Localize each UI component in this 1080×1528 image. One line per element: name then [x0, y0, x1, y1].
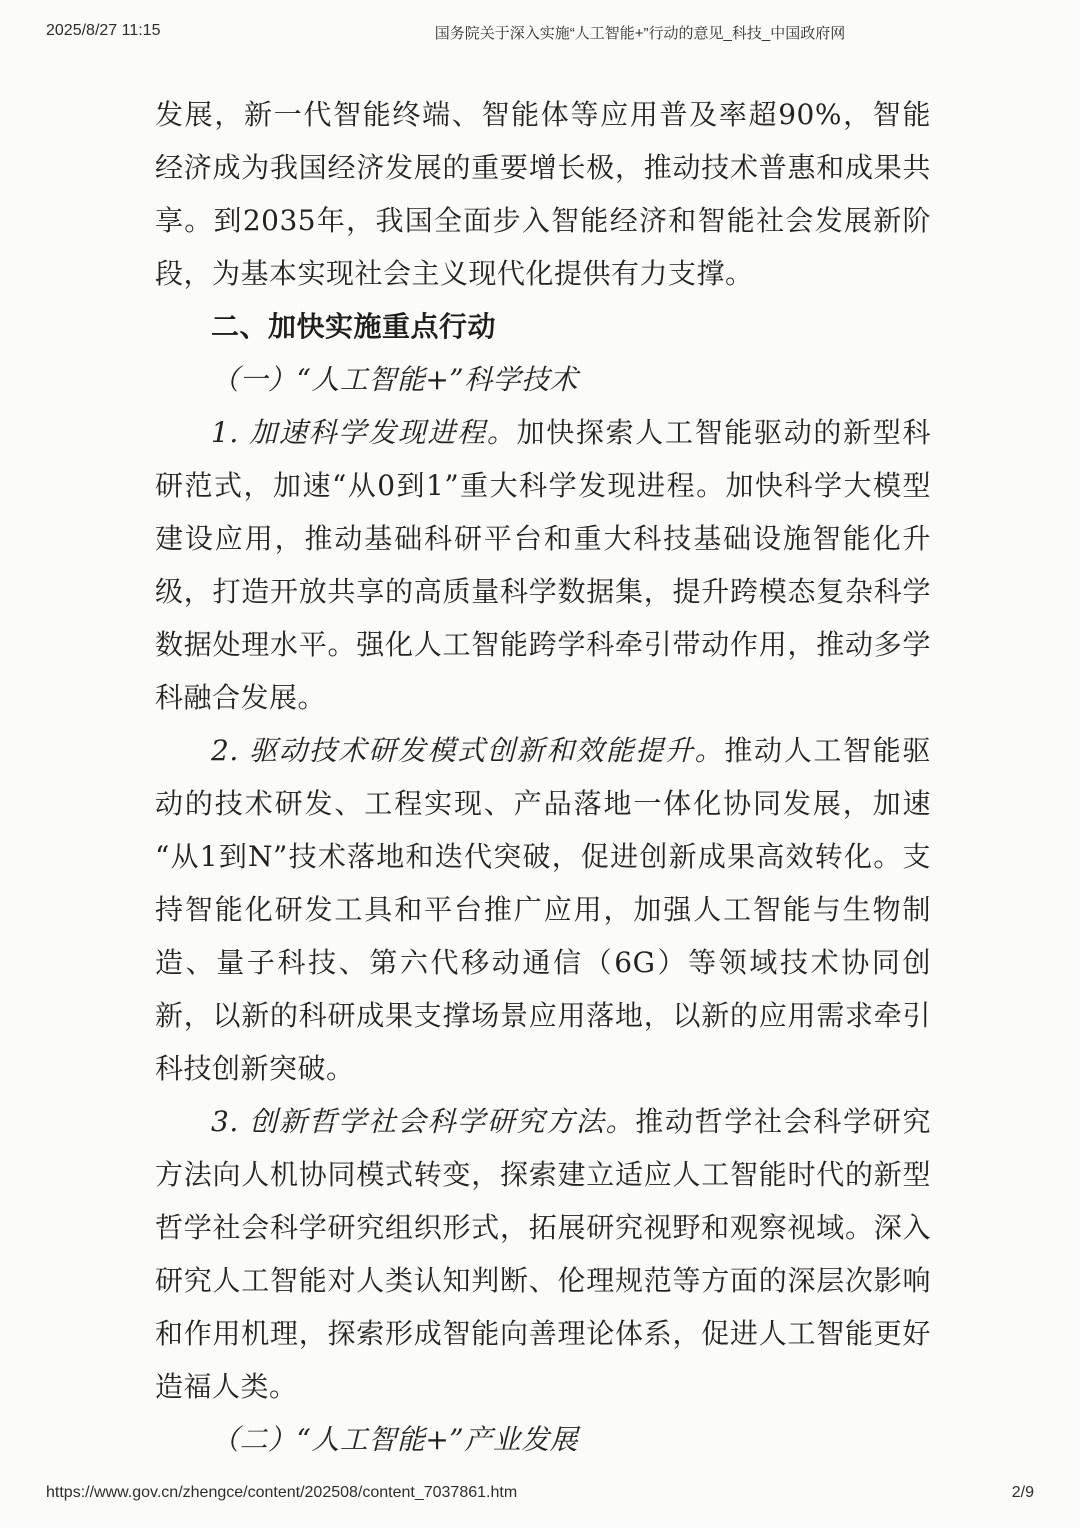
page-number: 2/9 [1012, 1484, 1034, 1502]
numbered-paragraph-2-text: 推动人工智能驱动的技术研发、工程实现、产品落地一体化协同发展，加速“从1到N”技… [155, 734, 931, 1085]
print-datetime: 2025/8/27 11:15 [46, 22, 246, 40]
section-heading: 二、加快实施重点行动 [155, 300, 931, 353]
document-content: 发展，新一代智能终端、智能体等应用普及率超90%，智能经济成为我国经济发展的重要… [155, 88, 931, 1466]
numbered-paragraph-2-lead: 2. 驱动技术研发模式创新和效能提升。 [211, 734, 724, 767]
numbered-paragraph-1-text: 加快探索人工智能驱动的新型科研范式，加速“从0到1”重大科学发现进程。加快科学大… [155, 416, 931, 714]
subsection-heading-industry: （二）“人工智能+”产业发展 [155, 1413, 931, 1466]
numbered-paragraph-2: 2. 驱动技术研发模式创新和效能提升。推动人工智能驱动的技术研发、工程实现、产品… [155, 724, 931, 1095]
subsection-heading-science: （一）“人工智能+”科学技术 [155, 353, 931, 406]
print-header: 2025/8/27 11:15 国务院关于深入实施“人工智能+”行动的意见_科技… [46, 22, 1034, 43]
numbered-paragraph-1: 1. 加速科学发现进程。加快探索人工智能驱动的新型科研范式，加速“从0到1”重大… [155, 406, 931, 724]
numbered-paragraph-3-text: 推动哲学社会科学研究方法向人机协同模式转变，探索建立适应人工智能时代的新型哲学社… [155, 1105, 931, 1403]
numbered-paragraph-1-lead: 1. 加速科学发现进程。 [211, 416, 517, 449]
numbered-paragraph-3-lead: 3. 创新哲学社会科学研究方法。 [211, 1105, 635, 1138]
print-footer: https://www.gov.cn/zhengce/content/20250… [46, 1484, 1034, 1502]
numbered-paragraph-3: 3. 创新哲学社会科学研究方法。推动哲学社会科学研究方法向人机协同模式转变，探索… [155, 1095, 931, 1413]
print-page-title: 国务院关于深入实施“人工智能+”行动的意见_科技_中国政府网 [246, 22, 1034, 43]
paragraph-continuation: 发展，新一代智能终端、智能体等应用普及率超90%，智能经济成为我国经济发展的重要… [155, 88, 931, 300]
source-url: https://www.gov.cn/zhengce/content/20250… [46, 1484, 517, 1502]
